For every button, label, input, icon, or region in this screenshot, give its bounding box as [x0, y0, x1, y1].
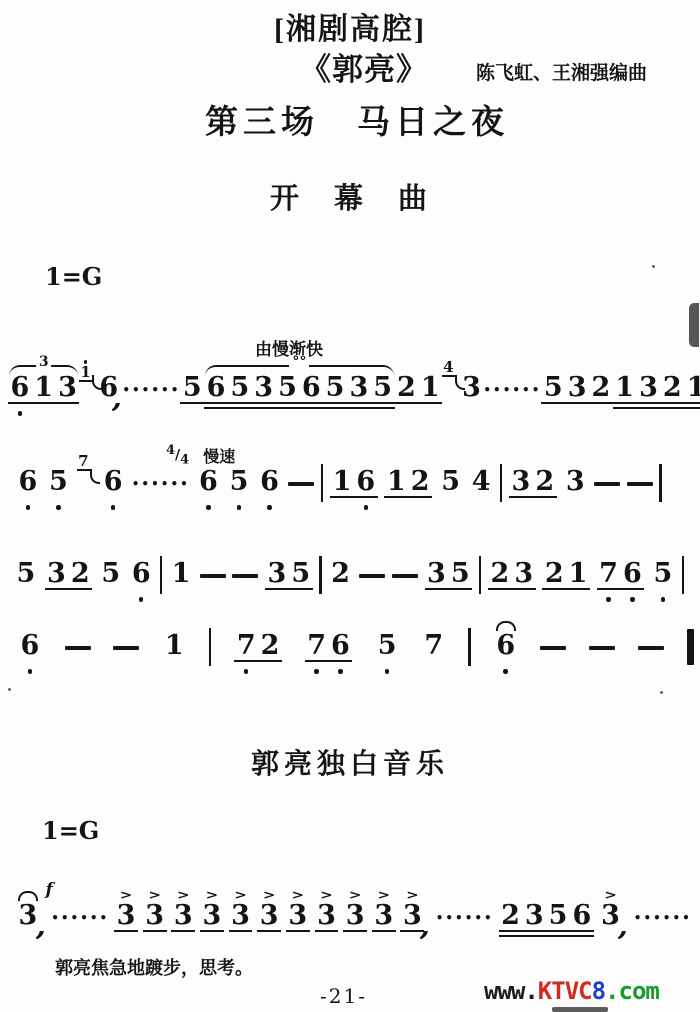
note-digit: 5 [323, 374, 347, 402]
note-digit: 5 [651, 560, 675, 588]
beam-underline [200, 930, 224, 937]
beam-underline [372, 930, 396, 937]
note-digit: 5 [228, 374, 252, 402]
note-char: 2 [68, 544, 92, 607]
beam-underline [329, 660, 353, 667]
beam-underline [660, 402, 684, 409]
note-group: 32 [565, 358, 613, 421]
note-group: 21 [395, 358, 443, 421]
beam-underline [258, 660, 282, 667]
note-group: 6 [258, 452, 282, 515]
beam-underline [143, 930, 167, 937]
note-char: 6 [101, 452, 125, 515]
note-digit: 3 [565, 374, 589, 402]
note-above-marks: > [148, 886, 161, 902]
note-digit: 2 [395, 374, 419, 402]
note-char-row: 76 [597, 544, 645, 607]
scan-artifact-speck [660, 691, 663, 694]
watermark-url: www.KTVC8.com [484, 977, 659, 1005]
watermark-eight: 8 [592, 977, 605, 1005]
note-char: 5 [546, 886, 570, 949]
note-char: 3 [563, 452, 587, 515]
watermark-site: KTVC [538, 977, 592, 1005]
beam-underline [384, 496, 408, 503]
note-char-row: >3 [171, 886, 195, 949]
note-char: >3 [315, 886, 339, 949]
low-octave-dot [606, 597, 611, 602]
beam-underline [8, 402, 32, 409]
barline [160, 556, 163, 594]
duration-dash [638, 646, 664, 650]
note-below-marks [139, 595, 144, 607]
barline [682, 556, 685, 594]
note-digit: 2 [660, 374, 684, 402]
note-digit: 2 [589, 374, 613, 402]
duration-dash [359, 574, 385, 578]
low-octave-dot [630, 597, 635, 602]
note-char-row: 3 [563, 452, 587, 515]
note-char: 2 [488, 544, 512, 607]
note-char: 7 [422, 616, 446, 679]
low-octave-dot [28, 669, 33, 674]
note-digit: 5 [439, 468, 463, 496]
note-char: 5 [651, 544, 675, 607]
note-char: 5 [227, 452, 251, 515]
accent-mark: > [349, 889, 362, 901]
note-above-marks: > [406, 886, 419, 902]
note-digit: 3 [425, 560, 449, 588]
note-group: 72 [234, 616, 282, 679]
barline [209, 628, 212, 666]
beam-underline [323, 402, 347, 409]
note-char-row: 6 [101, 452, 125, 515]
note-char-row: 1321 [613, 358, 700, 421]
score-page: [湘剧高腔] 《郭亮》 陈飞虹、王湘强编曲 第三场 马日之夜 开 幕 曲 1=G… [0, 0, 700, 1012]
beam-underline [613, 402, 637, 409]
note-char-row: 1 [169, 544, 193, 607]
low-octave-dot [385, 669, 390, 674]
note-below-marks [606, 595, 611, 607]
accent-mark: > [292, 889, 305, 901]
note-char-row: 2 [329, 544, 353, 607]
low-octave-dot [111, 505, 116, 510]
beam-underline [566, 588, 590, 595]
note-char: >3 [286, 886, 310, 949]
note-char: 2 [329, 544, 353, 607]
beam-underline [129, 588, 153, 595]
duration-dash [627, 482, 653, 486]
note-below-marks [111, 503, 116, 515]
note-digit: 7 [234, 632, 258, 660]
note-char: >3 [257, 886, 281, 949]
note-char-row: >3 [372, 886, 396, 949]
beam-underline [460, 402, 484, 409]
beam-underline [375, 660, 399, 667]
note-group: 1 [162, 616, 186, 679]
beam-underline [228, 402, 252, 409]
note-group: 3 [563, 452, 587, 515]
note-digit: 6 [101, 468, 125, 496]
note-char-row: >3 [343, 886, 367, 949]
duration-dash [589, 646, 615, 650]
note-digit: 2 [488, 560, 512, 588]
note-digit: 3 [512, 560, 536, 588]
note-group: 7 [422, 616, 446, 679]
note-char-row: 6 [18, 616, 42, 679]
beam-underline [252, 402, 276, 409]
grace-digit: 7 [77, 454, 89, 471]
beam-underline [651, 588, 675, 595]
beam-underline [494, 660, 518, 667]
note-digit: 5 [546, 902, 570, 930]
note-group: 4 [469, 452, 493, 515]
note-digit: 2 [329, 560, 353, 588]
continuation-dots: •••••• [132, 477, 190, 491]
accent-mark: > [234, 889, 247, 901]
note-char: 1 [330, 452, 354, 515]
score-line-3: 532561352352321765 [14, 544, 684, 610]
note-char: 6 [329, 616, 353, 679]
note-char: 6 [129, 544, 153, 607]
note-digit: 6 [494, 632, 518, 660]
note-digit: 5 [180, 374, 204, 402]
note-group: 5 [14, 544, 38, 607]
note-char-row: 23 [488, 544, 536, 607]
accent-mark: > [120, 889, 133, 901]
note-char-row: 6 [258, 452, 282, 515]
barline [659, 464, 662, 502]
key-signature-2: 1=G [42, 816, 99, 845]
note-char: 5 [14, 544, 38, 607]
note-digit: 5 [371, 374, 395, 402]
note-digit: 3 [16, 902, 40, 930]
duration-dash [113, 646, 139, 650]
note-digit: 6 [204, 374, 228, 402]
beam-underline [563, 496, 587, 503]
beam-underline [509, 496, 533, 503]
note-digit: 3 [315, 902, 339, 930]
note-group: 5 [180, 358, 204, 421]
beam-underline [330, 496, 354, 503]
low-octave-dot [338, 669, 343, 674]
note-group: 1321 [613, 358, 700, 421]
note-digit: 1 [418, 374, 442, 402]
note-char: 2 [589, 358, 613, 421]
note-group: 5 [99, 544, 123, 607]
note-below-marks [28, 667, 33, 679]
composers-credit: 陈飞虹、王湘强编曲 [476, 58, 647, 85]
beam-underline [354, 496, 378, 503]
note-char: 1 [169, 544, 193, 607]
duration-dash [232, 574, 258, 578]
note-digit: 1 [684, 374, 700, 402]
note-char-row: 5 [375, 616, 399, 679]
note-group: 3613 [8, 358, 79, 421]
note-digit: 6 [258, 468, 282, 496]
note-char-row: >3 [229, 886, 253, 949]
note-group: 5 [47, 452, 71, 515]
beam-underline [343, 930, 367, 937]
note-char: 2 [542, 544, 566, 607]
note-digit: 3 [171, 902, 195, 930]
slur-label: 3 [36, 355, 52, 369]
note-digit: 2 [499, 902, 523, 930]
note-above-marks: > [177, 886, 190, 902]
accent-mark: > [377, 889, 390, 901]
note-char-row: 6 [494, 616, 518, 679]
note-digit: 5 [99, 560, 123, 588]
note-digit: 6 [129, 560, 153, 588]
piece-title-opening: 开 幕 曲 [0, 176, 700, 217]
note-above-marks: > [604, 886, 617, 902]
note-group: 32 [509, 452, 557, 515]
note-group: 23 [488, 544, 536, 607]
beam-underline [522, 930, 546, 937]
grace-note-column: 1 [79, 360, 91, 382]
beam-underline [162, 660, 186, 667]
note-char: 1 [566, 544, 590, 607]
duration-dash [392, 574, 418, 578]
grace-note-column: 4 [442, 360, 454, 377]
continuation-dots: •••••• [634, 911, 692, 925]
genre-heading: [湘剧高腔] [0, 4, 700, 48]
note-group: 6 [494, 616, 518, 679]
beam-underline [289, 588, 313, 595]
note-below-marks [237, 503, 242, 515]
note-digit: 1 [613, 374, 637, 402]
note-char-row: >3 [257, 886, 281, 949]
beam-underline [499, 930, 523, 937]
barline [321, 464, 324, 502]
beam-underline [620, 588, 644, 595]
note-digit: 3 [257, 902, 281, 930]
note-char: 5 [375, 616, 399, 679]
note-group: 16 [330, 452, 378, 515]
note-digit: 3 [637, 374, 661, 402]
score-line-2: 6576••••••656161254323 [16, 452, 662, 518]
beam-underline [448, 588, 472, 595]
note-char-row: >3 [143, 886, 167, 949]
note-char-row: 3 [460, 358, 484, 421]
note-group: 1 [169, 544, 193, 607]
note-group: >3 [257, 886, 281, 949]
beam-underline [395, 402, 419, 409]
note-char-row: 6 [16, 452, 40, 515]
note-group: 6 [197, 452, 221, 515]
barline [500, 464, 503, 502]
beam-underline [469, 496, 493, 503]
note-char: 5 [47, 452, 71, 515]
note-digit: 7 [422, 632, 446, 660]
note-char: 3 [509, 452, 533, 515]
note-digit: 6 [8, 374, 32, 402]
note-digit: 3 [143, 902, 167, 930]
note-below-marks [267, 503, 272, 515]
continuation-dots: •••••• [483, 383, 541, 397]
continuation-dots: •••••• [51, 911, 109, 925]
note-char: 6 [354, 452, 378, 515]
slur-label: °° [289, 355, 309, 369]
note-char: 6 [570, 886, 594, 949]
note-digit: 1 [32, 374, 56, 402]
note-below-marks [385, 667, 390, 679]
note-char-row: >3 [315, 886, 339, 949]
note-digit: 3 [372, 902, 396, 930]
note-char: 6 [16, 452, 40, 515]
note-below-marks [338, 667, 343, 679]
opera-title: 《郭亮》 [300, 44, 428, 89]
note-below-marks [503, 667, 508, 679]
beam-underline [533, 496, 557, 503]
note-char: 6 [620, 544, 644, 607]
note-digit: 3 [400, 902, 424, 930]
note-group: >3 [171, 886, 195, 949]
note-char: 6 [494, 616, 518, 679]
note-char-row: >3 [114, 886, 138, 949]
note-char: 1 [684, 358, 700, 421]
beam-underline [114, 930, 138, 937]
note-char-row: 5 [439, 452, 463, 515]
note-digit: 5 [227, 468, 251, 496]
low-octave-dot [206, 505, 211, 510]
note-below-marks [630, 595, 635, 607]
note-char-row: 6 [197, 452, 221, 515]
score-line-5: f3,••••••>3>3>3>3>3>3>3>3>3>3>3,••••••23… [16, 886, 692, 952]
note-char: 5 [99, 544, 123, 607]
note-group: 5 [541, 358, 565, 421]
beam-underline [637, 402, 661, 409]
barline [479, 556, 482, 594]
end-barline [687, 629, 694, 665]
note-digit: 6 [197, 468, 221, 496]
page-number: -21- [320, 984, 367, 1008]
duration-dash [594, 482, 620, 486]
accent-mark: > [177, 889, 190, 901]
note-digit: 1 [330, 468, 354, 496]
note-above-marks: > [234, 886, 247, 902]
note-char: 2 [660, 358, 684, 421]
accent-mark: > [604, 889, 617, 901]
grace-note: 7 [77, 454, 99, 484]
grace-digit: 1 [79, 365, 91, 382]
note-digit: 6 [329, 632, 353, 660]
beam-underline [565, 402, 589, 409]
note-group: >3 [372, 886, 396, 949]
note-char: 2 [395, 358, 419, 421]
note-group: 5 [375, 616, 399, 679]
low-octave-dot [56, 505, 61, 510]
note-char: >3 [343, 886, 367, 949]
beam-underline [204, 402, 228, 409]
beam-underline [56, 402, 80, 409]
note-char: 1 [162, 616, 186, 679]
beam-underline [542, 588, 566, 595]
note-digit: 3 [460, 374, 484, 402]
beam-underline [546, 930, 570, 937]
beam-underline [234, 660, 258, 667]
note-char-row: 35 [425, 544, 473, 607]
note-digit: 3 [343, 902, 367, 930]
duration-dash [200, 574, 226, 578]
note-group: 35 [265, 544, 313, 607]
barline [319, 556, 322, 594]
forte-mark: f [45, 880, 52, 900]
note-group: >3 [315, 886, 339, 949]
beam-underline [47, 496, 71, 503]
note-above-marks: > [120, 886, 133, 902]
accent-mark: > [263, 889, 276, 901]
note-digit: 5 [289, 560, 313, 588]
note-char: 3 [522, 886, 546, 949]
beam-underline [99, 588, 123, 595]
beam-underline [229, 930, 253, 937]
scan-artifact-edge-blob [689, 303, 699, 347]
beam-underline [171, 930, 195, 937]
note-digit: 2 [258, 632, 282, 660]
score-line-4: 617276576 [18, 616, 694, 682]
note-group: 6 [16, 452, 40, 515]
note-char-row: 5 [227, 452, 251, 515]
beam-underline [180, 402, 204, 409]
beam-underline [541, 402, 565, 409]
note-char: 5 [448, 544, 472, 607]
note-char-row: 32 [45, 544, 93, 607]
note-group: 5 [227, 452, 251, 515]
low-octave-dot [267, 505, 272, 510]
grace-tail-curve [90, 469, 100, 484]
note-group: 12 [384, 452, 432, 515]
note-group: 5 [651, 544, 675, 607]
grace-digit: 4 [442, 360, 454, 377]
accent-mark: > [406, 889, 419, 901]
note-group: 6 [18, 616, 42, 679]
note-char: 2 [408, 452, 432, 515]
beam-underline [329, 588, 353, 595]
note-char-row: 6 [129, 544, 153, 607]
beam-underline [227, 496, 251, 503]
note-char: 7 [305, 616, 329, 679]
note-digit: 6 [16, 468, 40, 496]
note-below-marks [364, 503, 369, 515]
accent-mark: > [148, 889, 161, 901]
note-char: >3 [200, 886, 224, 949]
note-char: 5 [541, 358, 565, 421]
note-char: 4 [469, 452, 493, 515]
note-char-row: 32 [565, 358, 613, 421]
note-below-marks [18, 409, 23, 421]
low-octave-dot [244, 669, 249, 674]
beam-underline [257, 930, 281, 937]
note-digit: 3 [599, 902, 623, 930]
note-char: 2 [533, 452, 557, 515]
scan-artifact-speck [8, 688, 11, 691]
note-above-marks: > [206, 886, 219, 902]
beam-underline [286, 930, 310, 937]
note-digit: 5 [14, 560, 38, 588]
note-digit: 2 [542, 560, 566, 588]
note-group: >3 [143, 886, 167, 949]
beam-underline [425, 588, 449, 595]
note-char-row: 5 [47, 452, 71, 515]
note-char-row: >3 [286, 886, 310, 949]
low-octave-dot [503, 669, 508, 674]
beam-underline [488, 588, 512, 595]
note-group: 76 [305, 616, 353, 679]
note-char-row: 5 [180, 358, 204, 421]
note-digit: 2 [408, 468, 432, 496]
note-group: 5 [439, 452, 463, 515]
note-char-row: 32 [509, 452, 557, 515]
